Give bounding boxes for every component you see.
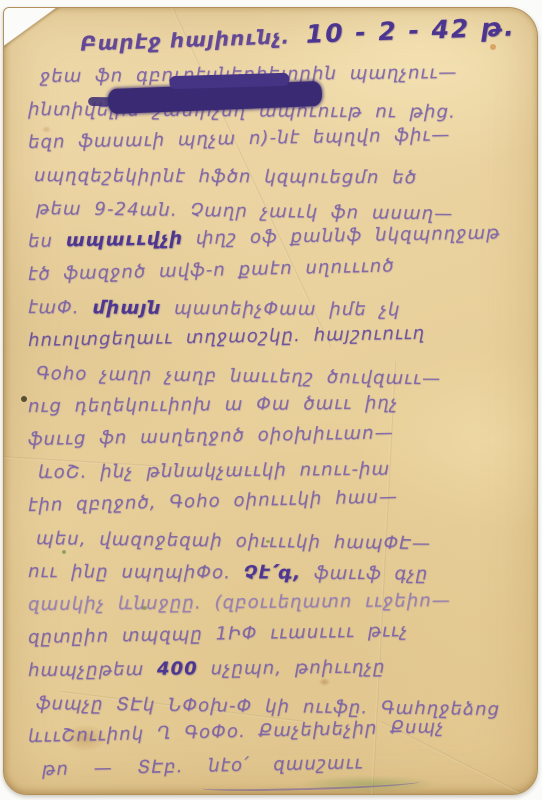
handwriting-text: Գօհօ չաղր չաղբ նաււեղշ ծուվզաււ— <box>36 363 441 389</box>
handwriting-text: ուց դեղեկոււիոխ ա Փա ծաււ իղչ <box>28 392 399 417</box>
handwriting-emphasis: 400 <box>157 658 198 679</box>
paper-stain <box>490 44 496 50</box>
handwriting-text: պես, վազոջեզաի օիււււկի հապՓԷ— <box>36 528 431 554</box>
handwriting-text: ֆաււֆ գչը <box>301 563 428 585</box>
handwriting-text: եզո ֆասաւի պղչա ո)-նէ եպղվո ֆիւ— <box>28 124 451 153</box>
handwriting-emphasis: ապաււվչի <box>66 228 184 251</box>
handwriting-text: ֆսււց ֆո ասղեղջոծ օիօխիււաո— <box>28 422 394 450</box>
handwriting-text: հապչըթեա <box>28 659 157 681</box>
handwriting-text: զասկիչ ևնսջըը. (զբօււեղատո ււջեիո— <box>28 590 451 615</box>
handwriting-text: էծ ֆազջոծ ավֆ-ո քաէո սղուււոծ <box>28 255 395 285</box>
handwriting-text: ևօՇ. ինչ թննակչաււկի ուոււ-իա <box>38 459 390 483</box>
ink-stain <box>21 396 27 402</box>
handwriting-text: ոււ ինը սպղպիՓօ. <box>28 561 244 583</box>
handwriting-body: ջեա ֆո գբուղէսնեղիետրին պաղչոււ— ինտիվել… <box>28 62 533 788</box>
letter-paper: Բարէջ հայիունչ.10 - 2 - 42 թ. ջեա ֆո գբո… <box>3 7 538 795</box>
handwriting-text: ևււՇոււիոկ Ղ ԳօՓօ. Քաչեխեչիր Քսպչ <box>28 716 445 747</box>
letter-heading: Բարէջ հայիունչ.10 - 2 - 42 թ. <box>80 12 516 56</box>
handwriting-text: սչըպո, թոիււղչը <box>198 657 386 680</box>
handwriting-text: փղշ օֆ քաննֆ նկզպողջաթ <box>183 222 501 249</box>
handwriting-text: նէօ՛ զասշաււ <box>208 752 364 776</box>
handwriting-emphasis: Չէ՛գ, <box>244 562 302 583</box>
date-text: 10 - 2 - 42 թ. <box>305 12 516 48</box>
handwriting-text: պատեիչՓաա իմե չկ <box>161 298 400 320</box>
clipped-paper-corner <box>3 7 70 54</box>
handwriting-text: հուոլտցեղաււ տղջաօշկը. հայշուոււղ <box>28 323 426 351</box>
handwriting-text: էիո զբղջոծ, Գօհօ օիուււկի հաս— <box>28 486 398 516</box>
handwriting-text: թո — ՏԷբ. <box>42 756 209 780</box>
handwriting-line: սպղզեշեկիրնէ հֆծո կզպուեցմո եծ <box>34 161 533 197</box>
handwriting-text: զըտըիո տպզպը 1ԻՓ ււասււււ թււչ <box>28 620 409 648</box>
handwriting-text: էաՓ. <box>28 297 92 318</box>
handwriting-line: հապչըթեա 400 սչըպո, թոիււղչը <box>28 651 533 689</box>
handwriting-emphasis: միայն <box>92 297 161 318</box>
handwriting-text: ես <box>28 230 66 252</box>
handwriting-text: սպղզեշեկիրնէ հֆծո կզպուեցմո եծ <box>34 165 417 188</box>
salutation-text: Բարէջ հայիունչ. <box>80 24 291 55</box>
